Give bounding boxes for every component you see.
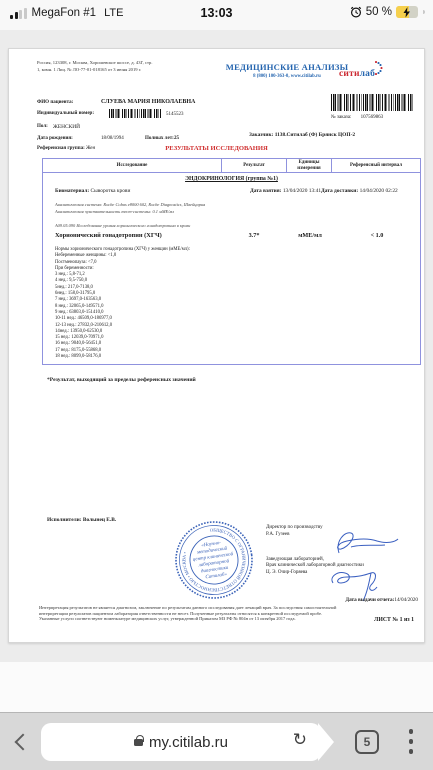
delivered-value: 14/04/2020 02:22 [360, 188, 398, 194]
svg-text:ОБЩЕСТВО С ОГРАНИЧЕННОЙ ОТВЕТС: ОБЩЕСТВО С ОГРАНИЧЕННОЙ ОТВЕТСТВЕННОСТЬЮ… [177, 523, 250, 596]
dates-row: Дата взятия: 13/04/2020 13:41Дата достав… [250, 188, 398, 194]
phone-screen: MegaFon #1 LTE 13:03 50 % Россия, 123308… [0, 0, 433, 770]
stamp-ring-text: ОБЩЕСТВО С ОГРАНИЧЕННОЙ ОТВЕТСТВЕННОСТЬЮ… [177, 523, 250, 596]
results-table-header: Исследование Результат Единицы измерения… [43, 159, 420, 173]
address-bar-tip [318, 723, 334, 761]
citilab-logo: ситилаб [339, 64, 384, 79]
executor-line: Исполнители: Волынец Е.В. [47, 517, 116, 523]
executor-name: Волынец Е.В. [83, 517, 116, 523]
director-name: Р.А. Гузеев [266, 532, 323, 539]
browser-toolbar: my.citilab.ru ↻ 5 [0, 712, 433, 770]
sex-label: Пол: [37, 124, 48, 129]
logo-dots-icon [375, 64, 384, 76]
order-number-value: 107569863 [361, 115, 384, 120]
col-header-result: Результат [222, 159, 287, 172]
test-reference-interval: < 1.0 [343, 232, 411, 239]
lab-report-page: Россия, 123308, г. Москва, Хорошевское ш… [8, 48, 425, 643]
issue-date-value: 14/04/2020 [394, 597, 418, 603]
col-header-units: Единицы измерения [287, 159, 332, 172]
biomaterial-value: Сыворотка крови [91, 188, 131, 194]
director-block: Директор по производству Р.А. Гузеев [266, 525, 323, 538]
director-title: Директор по производству [266, 525, 323, 532]
sheet-number: ЛИСТ № 1 из 1 [374, 617, 414, 623]
biomaterial-row: Биоматериал: Сыворотка крови [55, 188, 130, 194]
battery-cap [423, 10, 425, 15]
lab-round-stamp: ОБЩЕСТВО С ОГРАНИЧЕННОЙ ОТВЕТСТВЕННОСТЬЮ… [173, 517, 255, 603]
patient-name: СЛУЕВА МАРИЯ НИКОЛАЕВНА [101, 99, 195, 105]
battery-icon [396, 6, 418, 18]
delivered-label: Дата доставки: [321, 188, 358, 194]
logo-lab: лаб [360, 69, 375, 79]
biomaterial-label: Биоматериал: [55, 188, 89, 194]
tab-counter-button[interactable]: 5 [355, 730, 379, 754]
order-barcode [331, 94, 413, 111]
birth-date: 18/08/1994 [101, 136, 124, 141]
group-title: ЭНДОКРИНОЛОГИЯ (группа №1) [43, 176, 420, 182]
browser-viewport[interactable]: Россия, 123308, г. Москва, Хорошевское ш… [0, 30, 433, 712]
service-code-line: A09.05.090 Исследование уровня хориониче… [55, 223, 190, 228]
results-table: Исследование Результат Единицы измерения… [42, 158, 421, 365]
taken-value: 13/04/2020 13:41 [283, 188, 321, 194]
age-value: 25 [174, 136, 179, 141]
url-text: my.citilab.ru [149, 734, 228, 751]
address-bar[interactable]: my.citilab.ru ↻ [41, 723, 321, 761]
sex-value: ЖЕНСКИЙ [53, 124, 80, 130]
issue-date-line: Дата выдачи отчета:14/04/2020 [346, 597, 418, 603]
col-header-study: Исследование [43, 159, 222, 172]
analytical-system-line: Аналитическая система: Roche Cobas e8000… [55, 202, 205, 207]
order-number-label: № заказа: [331, 115, 351, 120]
age-label: Полных лет: [145, 136, 174, 141]
status-bar: MegaFon #1 LTE 13:03 50 % [0, 0, 433, 30]
patient-id-barcode [109, 109, 161, 118]
page-margin-area [0, 662, 433, 712]
reload-button[interactable]: ↻ [293, 730, 307, 750]
stamp-center-text: «Научно- методический центр клинической … [191, 539, 238, 581]
order-number-row: № заказа: 107569863 [331, 115, 383, 120]
patient-id-number: 5145523 [166, 112, 184, 117]
patient-name-label: ФИО пациента: [37, 100, 73, 105]
disclaimer-text: Интерпретация результатов не является ди… [39, 605, 339, 622]
logo-citi: сити [339, 69, 360, 79]
customer-line: Заказчик: 1138.Ситилаб (Ф) Брянск ЦОП-2 [249, 132, 355, 138]
analytical-sensitivity-line: Аналитическая чувствительность тест-сист… [55, 209, 174, 214]
issue-date-label: Дата выдачи отчета: [346, 597, 395, 603]
back-button[interactable] [15, 734, 32, 751]
test-name: Хорионический гонадотропин (ХГЧ) [55, 232, 162, 239]
alarm-clock-icon [350, 6, 362, 18]
out-of-range-footnote: *Результат, выходящий за пределы референ… [47, 377, 196, 383]
executor-label: Исполнители: [47, 517, 82, 523]
results-title: РЕЗУЛЬТАТЫ ИССЛЕДОВАНИЯ [9, 145, 424, 152]
test-units: мМЕ/мл [284, 232, 336, 239]
lock-icon [134, 739, 143, 746]
test-result-value: 3.7* [224, 232, 284, 239]
col-header-reference: Референсный интервал [332, 159, 420, 172]
hcg-norms-list: Нормы хорионического гонадотропина (ХГЧ)… [55, 247, 285, 360]
menu-button[interactable] [409, 729, 414, 755]
battery-percent-label: 50 % [366, 6, 392, 18]
taken-label: Дата взятия: [250, 188, 281, 194]
patient-id-label: Индивидуальный номер: [37, 111, 94, 116]
birth-date-label: Дата рождения: [37, 136, 73, 141]
lab-address: Россия, 123308, г. Москва, Хорошевское ш… [37, 60, 157, 73]
